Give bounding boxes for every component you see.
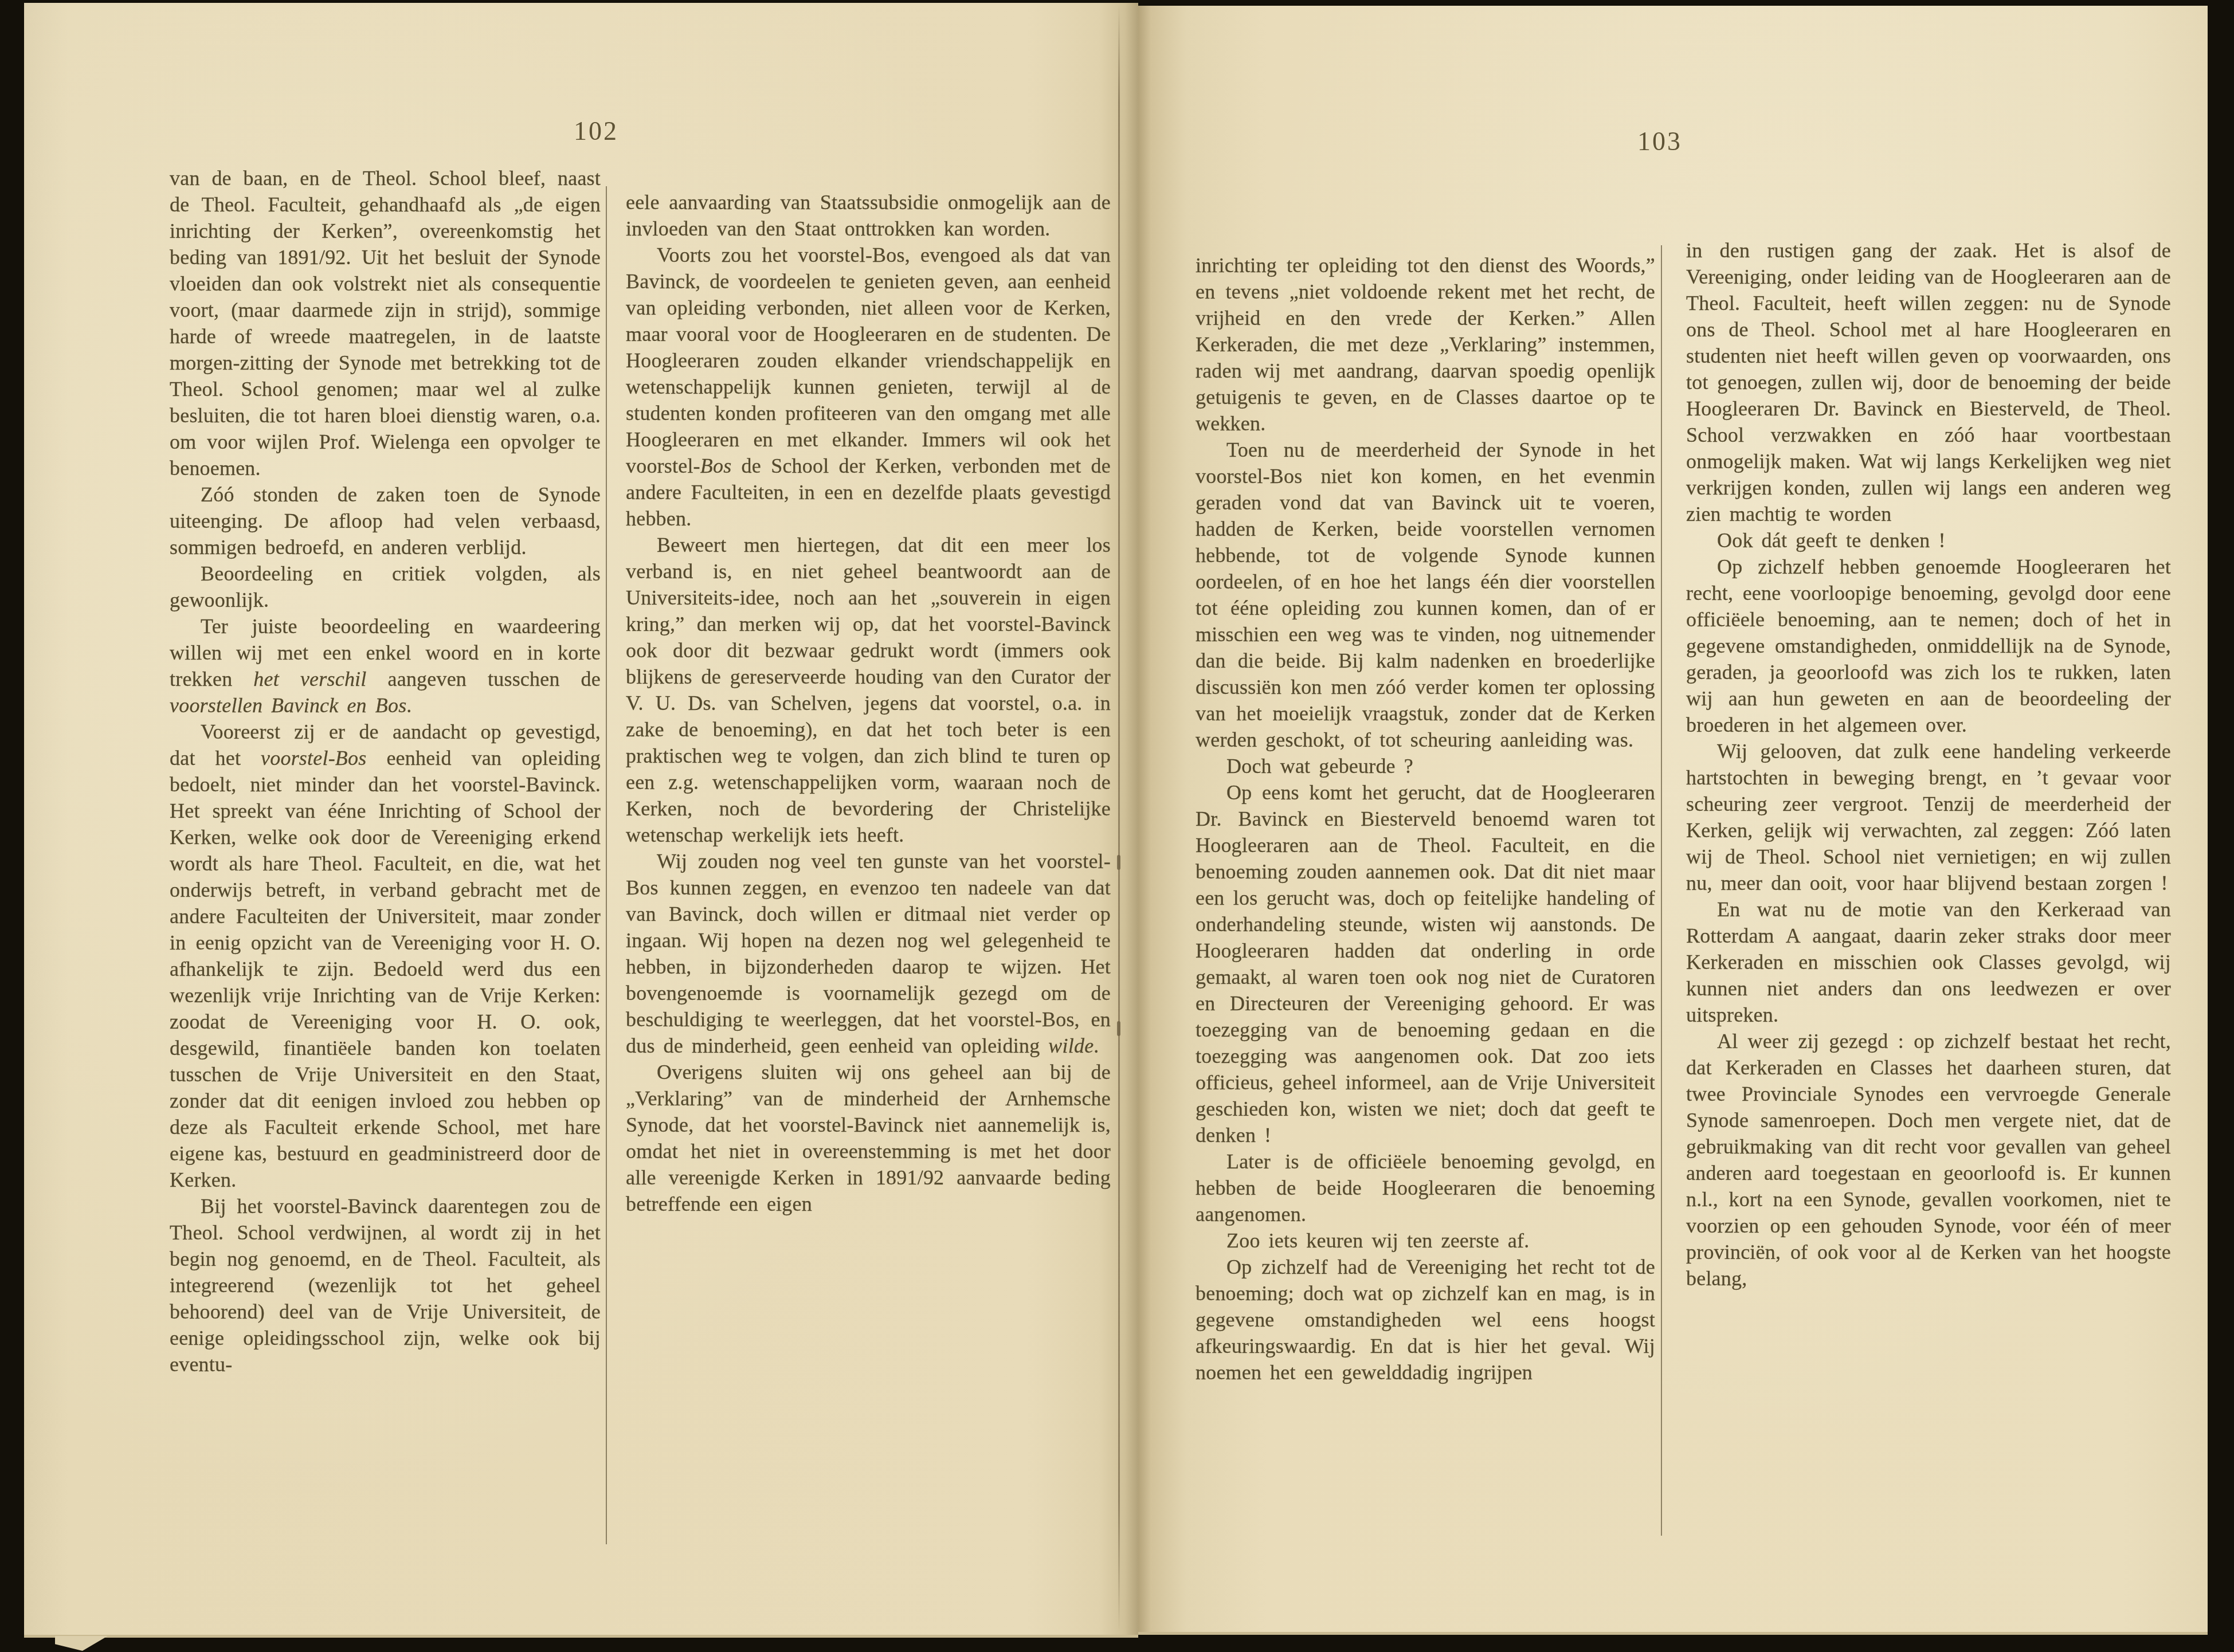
paragraph: Bij het voorstel-Bavinck daarentegen zou… [170,1193,601,1378]
paragraph: Op zichzelf hebben genoemde Hoogleeraren… [1686,554,2171,738]
paragraph: Zóó stonden de zaken toen de Synode uite… [170,481,601,560]
paragraph: Al weer zij gezegd : op zichzelf bestaat… [1686,1028,2171,1292]
paragraph: Overigens sluiten wij ons geheel aan bij… [626,1059,1111,1217]
paragraph: Wij zouden nog veel ten gunste van het v… [626,848,1111,1059]
paragraph: Later is de officiëele benoeming gevolgd… [1196,1148,1655,1227]
paragraph: inrichting ter opleiding tot den dienst … [1196,252,1655,437]
binding-crease [1118,5,1120,1632]
text-column-102-left: van de baan, en de Theol. School bleef, … [170,165,601,1378]
paragraph: eele aanvaarding van Staatssubsidie onmo… [626,189,1111,242]
page-number-right: 103 [1597,126,1723,156]
underlying-page-corner [55,1636,108,1651]
paragraph: Ook dát geeft te denken ! [1686,527,2171,554]
paragraph: Beweert men hiertegen, dat dit een meer … [626,532,1111,848]
book-scan: 102 103 van de baan, en de Theol. School… [0,0,2234,1652]
paragraph: Beoordeeling en critiek volgden, als gew… [170,560,601,613]
column-divider-rule [606,186,607,1544]
paragraph: van de baan, en de Theol. School bleef, … [170,165,601,481]
paragraph: Wij gelooven, dat zulk eene handeling ve… [1686,738,2171,896]
paragraph: Ter juiste beoordeeling en waardeering w… [170,613,601,719]
column-divider-rule [1661,245,1662,1536]
paragraph: Vooreerst zij er de aandacht op gevestig… [170,719,601,1193]
paragraph: En wat nu de motie van den Kerkeraad van… [1686,896,2171,1028]
paragraph: Op eens komt het gerucht, dat de Hooglee… [1196,779,1655,1148]
paragraph: Toen nu de meerderheid der Synode in het… [1196,437,1655,753]
binding-thread [1117,855,1120,870]
text-column-103-left: inrichting ter opleiding tot den dienst … [1196,252,1655,1386]
paragraph: Doch wat gebeurde ? [1196,753,1655,779]
paragraph: Zoo iets keuren wij ten zeerste af. [1196,1227,1655,1254]
text-column-102-right: eele aanvaarding van Staatssubsidie onmo… [626,189,1111,1217]
binding-thread [1117,1021,1120,1036]
paragraph: Op zichzelf had de Vereeniging het recht… [1196,1254,1655,1386]
paragraph: Voorts zou het voorstel-Bos, evengoed al… [626,242,1111,532]
page-number-left: 102 [533,116,659,146]
paragraph: in den rustigen gang der zaak. Het is al… [1686,237,2171,527]
text-column-103-right: in den rustigen gang der zaak. Het is al… [1686,237,2171,1292]
